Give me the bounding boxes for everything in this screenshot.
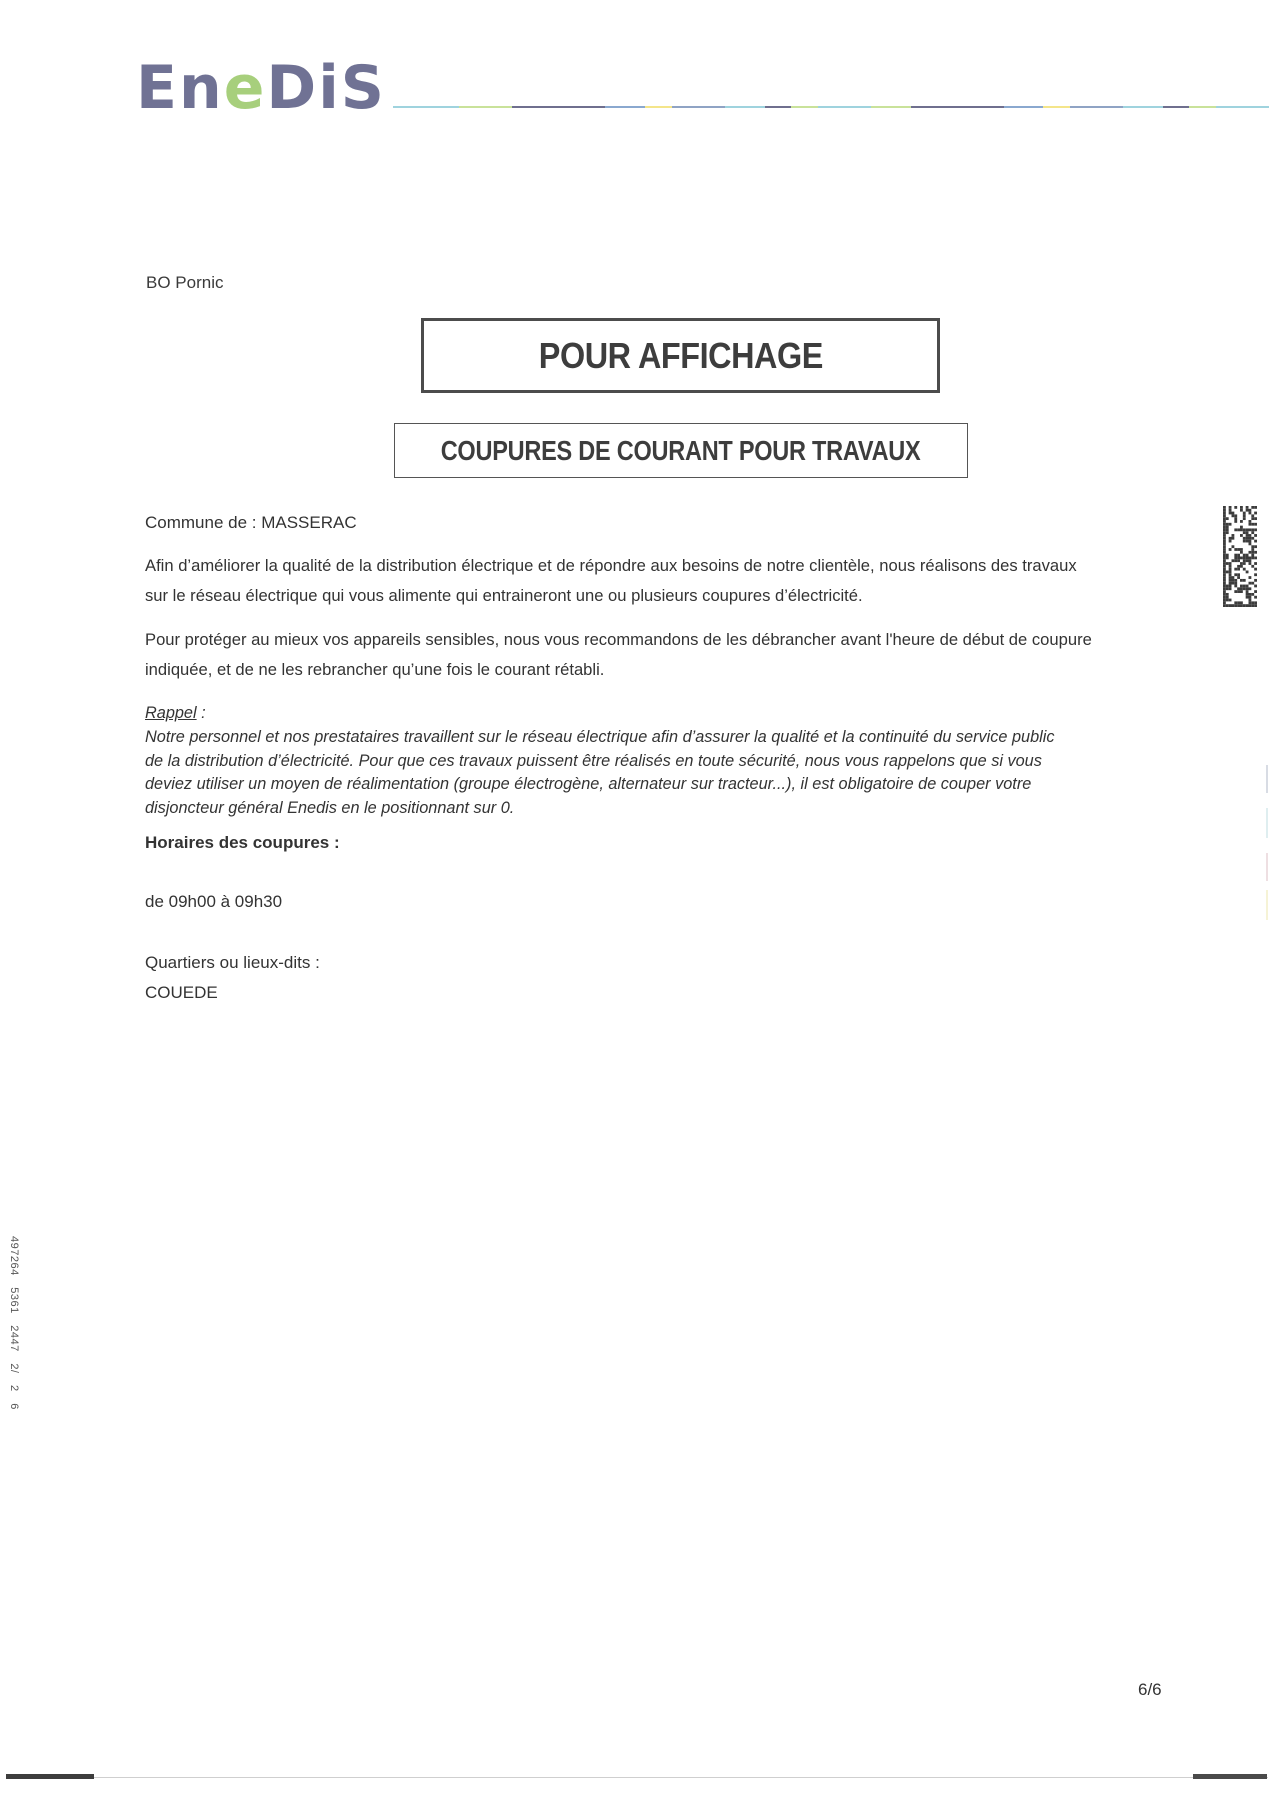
reminder-label-suffix: : (197, 704, 206, 722)
intro-paragraph: Afin d’améliorer la qualité de la distri… (145, 551, 1175, 611)
rule-segment (791, 106, 818, 108)
reminder-line: de la distribution d’électricité. Pour q… (145, 750, 1175, 774)
rule-segment (1123, 106, 1163, 108)
rule-segment (459, 106, 512, 108)
side-reference-text: 497264 5361 2447 2/ 2 6 (8, 1236, 20, 1410)
sender-office: BO Pornic (146, 273, 223, 293)
title-box-main: POUR AFFICHAGE (421, 318, 940, 393)
rule-segment (818, 106, 871, 108)
enedis-logo: EneDiS (136, 62, 386, 114)
rule-segment (1189, 106, 1216, 108)
logo-text-part3: DiS (266, 62, 386, 114)
footer-mark-left (6, 1774, 94, 1779)
rule-segment (1163, 106, 1190, 108)
scan-artifact (1266, 853, 1268, 881)
logo-text-accent: e (224, 62, 267, 114)
schedule-heading: Horaires des coupures : (145, 833, 340, 853)
rule-segment (725, 106, 765, 108)
scan-artifact (1266, 808, 1268, 838)
rule-segment (393, 106, 459, 108)
rule-segment (1004, 106, 1044, 108)
rule-segment (1070, 106, 1123, 108)
title-sub: COUPURES DE COURANT POUR TRAVAUX (441, 435, 921, 467)
scan-artifact (1266, 765, 1268, 793)
reminder-line: disjoncteur général Enedis en le positio… (145, 797, 1175, 821)
rule-segment (605, 106, 645, 108)
intro-line: sur le réseau électrique qui vous alimen… (145, 581, 1175, 611)
rule-segment (871, 106, 911, 108)
commune-label: Commune de : MASSERAC (145, 513, 357, 533)
advice-line: Pour protéger au mieux vos appareils sen… (145, 625, 1175, 655)
page-number: 6/6 (1138, 1680, 1162, 1700)
side-reference: 497264 5361 2447 2/ 2 6 (0, 1236, 22, 1436)
title-box-sub: COUPURES DE COURANT POUR TRAVAUX (394, 423, 968, 478)
rule-segment (1216, 106, 1269, 108)
reminder-label: Rappel (145, 704, 197, 722)
schedule-time: de 09h00 à 09h30 (145, 892, 282, 912)
intro-line: Afin d’améliorer la qualité de la distri… (145, 551, 1175, 581)
rule-segment (672, 106, 725, 108)
advice-line: indiquée, et de ne les rebrancher qu’une… (145, 655, 1175, 685)
advice-paragraph: Pour protéger au mieux vos appareils sen… (145, 625, 1175, 685)
reminder-line: Notre personnel et nos prestataires trav… (145, 726, 1175, 750)
rule-segment (645, 106, 672, 108)
header-divider (393, 106, 1269, 108)
locations-value: COUEDE (145, 983, 218, 1003)
title-main: POUR AFFICHAGE (538, 335, 822, 377)
logo-text-part1: En (136, 62, 224, 114)
footer-mark-right (1193, 1774, 1267, 1779)
rule-segment (512, 106, 605, 108)
rule-segment (1043, 106, 1070, 108)
reminder-section: Rappel : Notre personnel et nos prestata… (145, 702, 1175, 821)
rule-segment (765, 106, 792, 108)
datamatrix-code-icon (1223, 506, 1257, 607)
scan-artifact (1266, 890, 1268, 920)
locations-heading: Quartiers ou lieux-dits : (145, 953, 320, 973)
footer-rule (6, 1777, 1268, 1778)
rule-segment (911, 106, 1004, 108)
reminder-line: deviez utiliser un moyen de réalimentati… (145, 773, 1175, 797)
